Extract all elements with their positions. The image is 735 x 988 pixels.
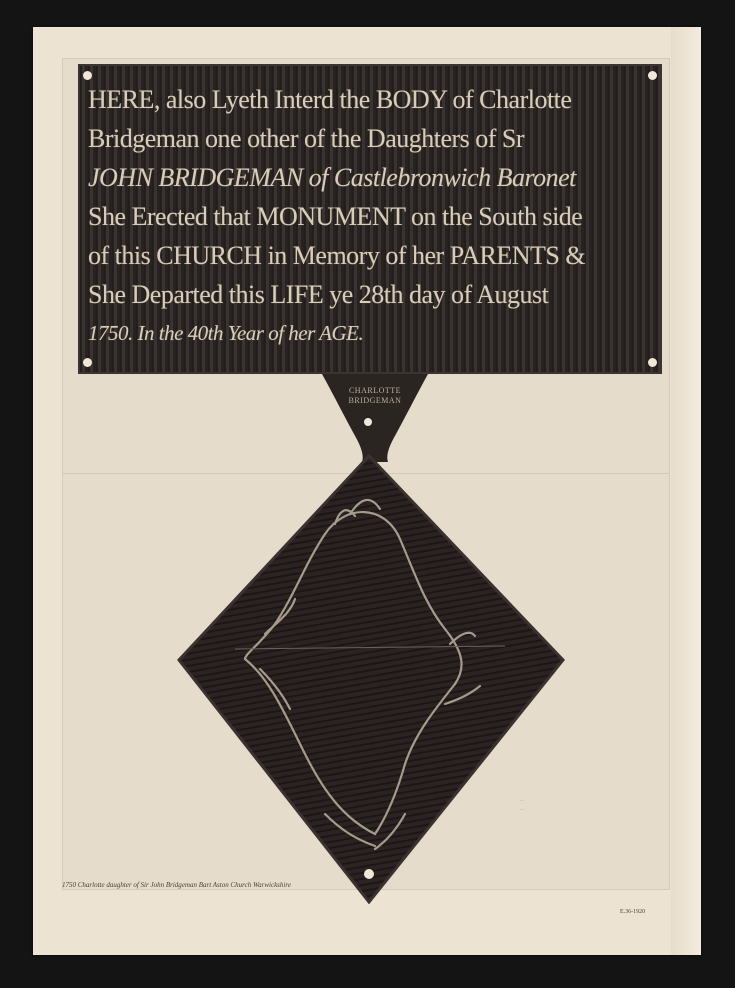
- inscription-line: JOHN BRIDGEMAN of Castlebronwich Baronet: [88, 158, 652, 197]
- faint-note-line: ...: [520, 805, 525, 814]
- rivet-hole-icon: [83, 71, 92, 80]
- inscription-text: HERE, also Lyeth Interd the BODY of Char…: [88, 80, 652, 353]
- ribbon-line: BRIDGEMAN: [328, 396, 422, 406]
- inscription-line: of this CHURCH in Memory of her PARENTS …: [88, 236, 652, 275]
- rivet-hole-icon: [648, 358, 657, 367]
- inscription-line: She Erected that MONUMENT on the South s…: [88, 197, 652, 236]
- faint-pencil-note: ... ...: [520, 796, 525, 814]
- inscription-line: 1750. In the 40th Year of her AGE.: [88, 314, 652, 353]
- handwritten-caption: 1750 Charlotte daughter of Sir John Brid…: [62, 881, 291, 889]
- ribbon-text: CHARLOTTE BRIDGEMAN: [328, 386, 422, 406]
- rivet-hole-icon: [83, 358, 92, 367]
- rivet-hole-icon: [648, 71, 657, 80]
- faint-note-line: ...: [520, 796, 525, 805]
- name-ribbon: CHARLOTTE BRIDGEMAN: [318, 372, 432, 462]
- accession-number: E.36-1920: [620, 909, 645, 915]
- armorial-lozenge: [175, 454, 567, 904]
- inscription-line: She Departed this LIFE ye 28th day of Au…: [88, 275, 652, 314]
- ribbon-line: CHARLOTTE: [328, 386, 422, 396]
- inscription-line: HERE, also Lyeth Interd the BODY of Char…: [88, 80, 652, 119]
- inscription-plaque: HERE, also Lyeth Interd the BODY of Char…: [80, 66, 660, 372]
- inscription-line: Bridgeman one other of the Daughters of …: [88, 119, 652, 158]
- lozenge-cartouche-icon: [175, 454, 567, 904]
